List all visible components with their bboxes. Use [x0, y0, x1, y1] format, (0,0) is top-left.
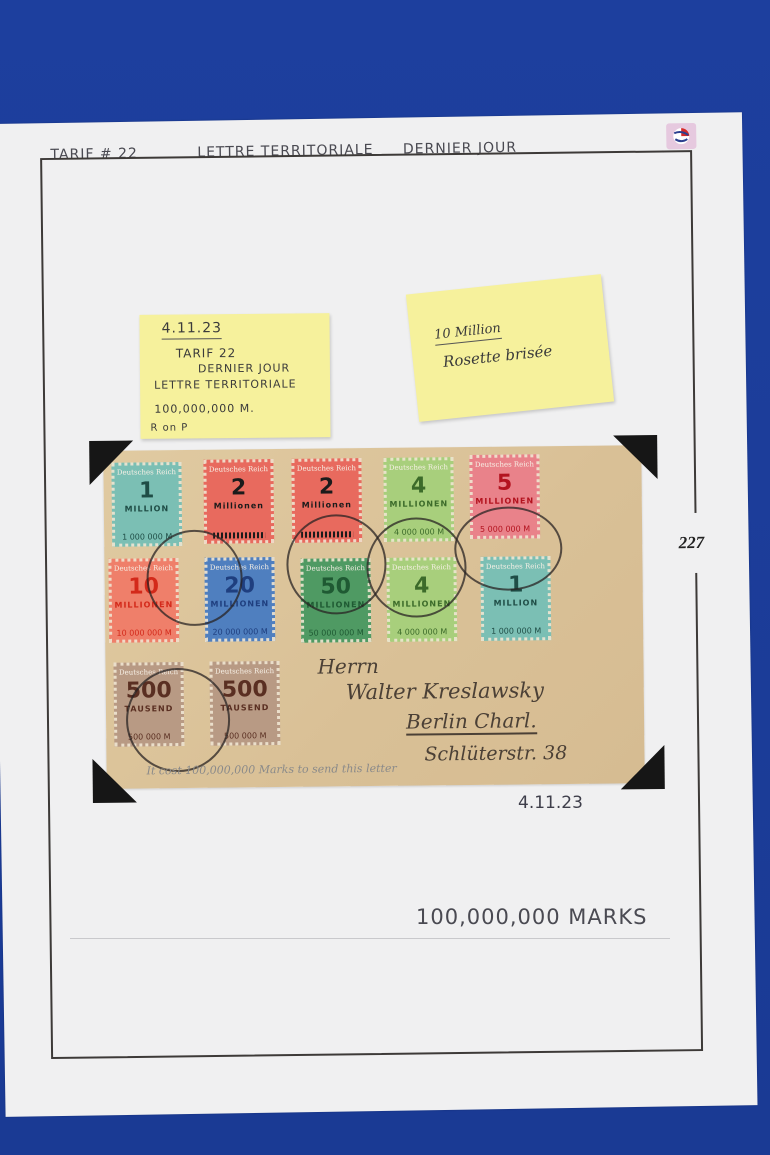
- postage-stamp: Deutsches Reich500TAUSEND500 000 M: [113, 662, 184, 747]
- address-salutation: Herrn: [317, 654, 379, 679]
- sticky-note-description: 4.11.23 TARIF 22 DERNIER JOUR LETTRE TER…: [139, 313, 330, 439]
- photo-corner: [613, 435, 657, 479]
- postage-stamp: Deutsches Reich5MILLIONEN5 000 000 M: [469, 454, 540, 539]
- postage-stamp: Deutsches Reich20MILLIONEN20 000 000 M: [204, 557, 275, 642]
- postage-stamp: Deutsches Reich4MILLIONEN4 000 000 M: [383, 457, 454, 542]
- postage-stamp: Deutsches Reich2Millionen: [203, 459, 274, 544]
- address-street: Schlüterstr. 38: [424, 742, 567, 765]
- postage-stamp: Deutsches Reich10MILLIONEN10 000 000 M: [108, 558, 179, 643]
- sticky-note-variety: 10 Million Rosette brisée: [406, 274, 614, 422]
- postage-stamp: Deutsches Reich2Millionen: [291, 458, 362, 543]
- postage-stamp: Deutsches Reich4MILLIONEN4 000 000 M: [386, 557, 457, 642]
- page-number: 227: [674, 531, 708, 556]
- total-postage: 100,000,000 MARKS: [416, 905, 647, 929]
- address-name: Walter Kreslawsky: [346, 678, 544, 704]
- cover-date: 4.11.23: [518, 793, 583, 813]
- postal-cover: Deutsches Reich1MILLION1 000 000 MDeutsc…: [103, 445, 645, 789]
- postage-stamp: Deutsches Reich50MILLIONEN50 000 000 M: [300, 558, 371, 643]
- address-city: Berlin Charl.: [406, 708, 537, 735]
- postage-stamp: Deutsches Reich1MILLION1 000 000 M: [480, 556, 551, 641]
- photo-corner: [620, 745, 664, 789]
- pencil-note: It cost 100,000,000 Marks to send this l…: [147, 762, 397, 778]
- postage-stamp: Deutsches Reich1MILLION1 000 000 M: [111, 462, 182, 547]
- publisher-logo-icon: [666, 123, 696, 149]
- photo-corner: [92, 758, 136, 802]
- postage-stamp: Deutsches Reich500TAUSEND500 000 M: [209, 661, 280, 746]
